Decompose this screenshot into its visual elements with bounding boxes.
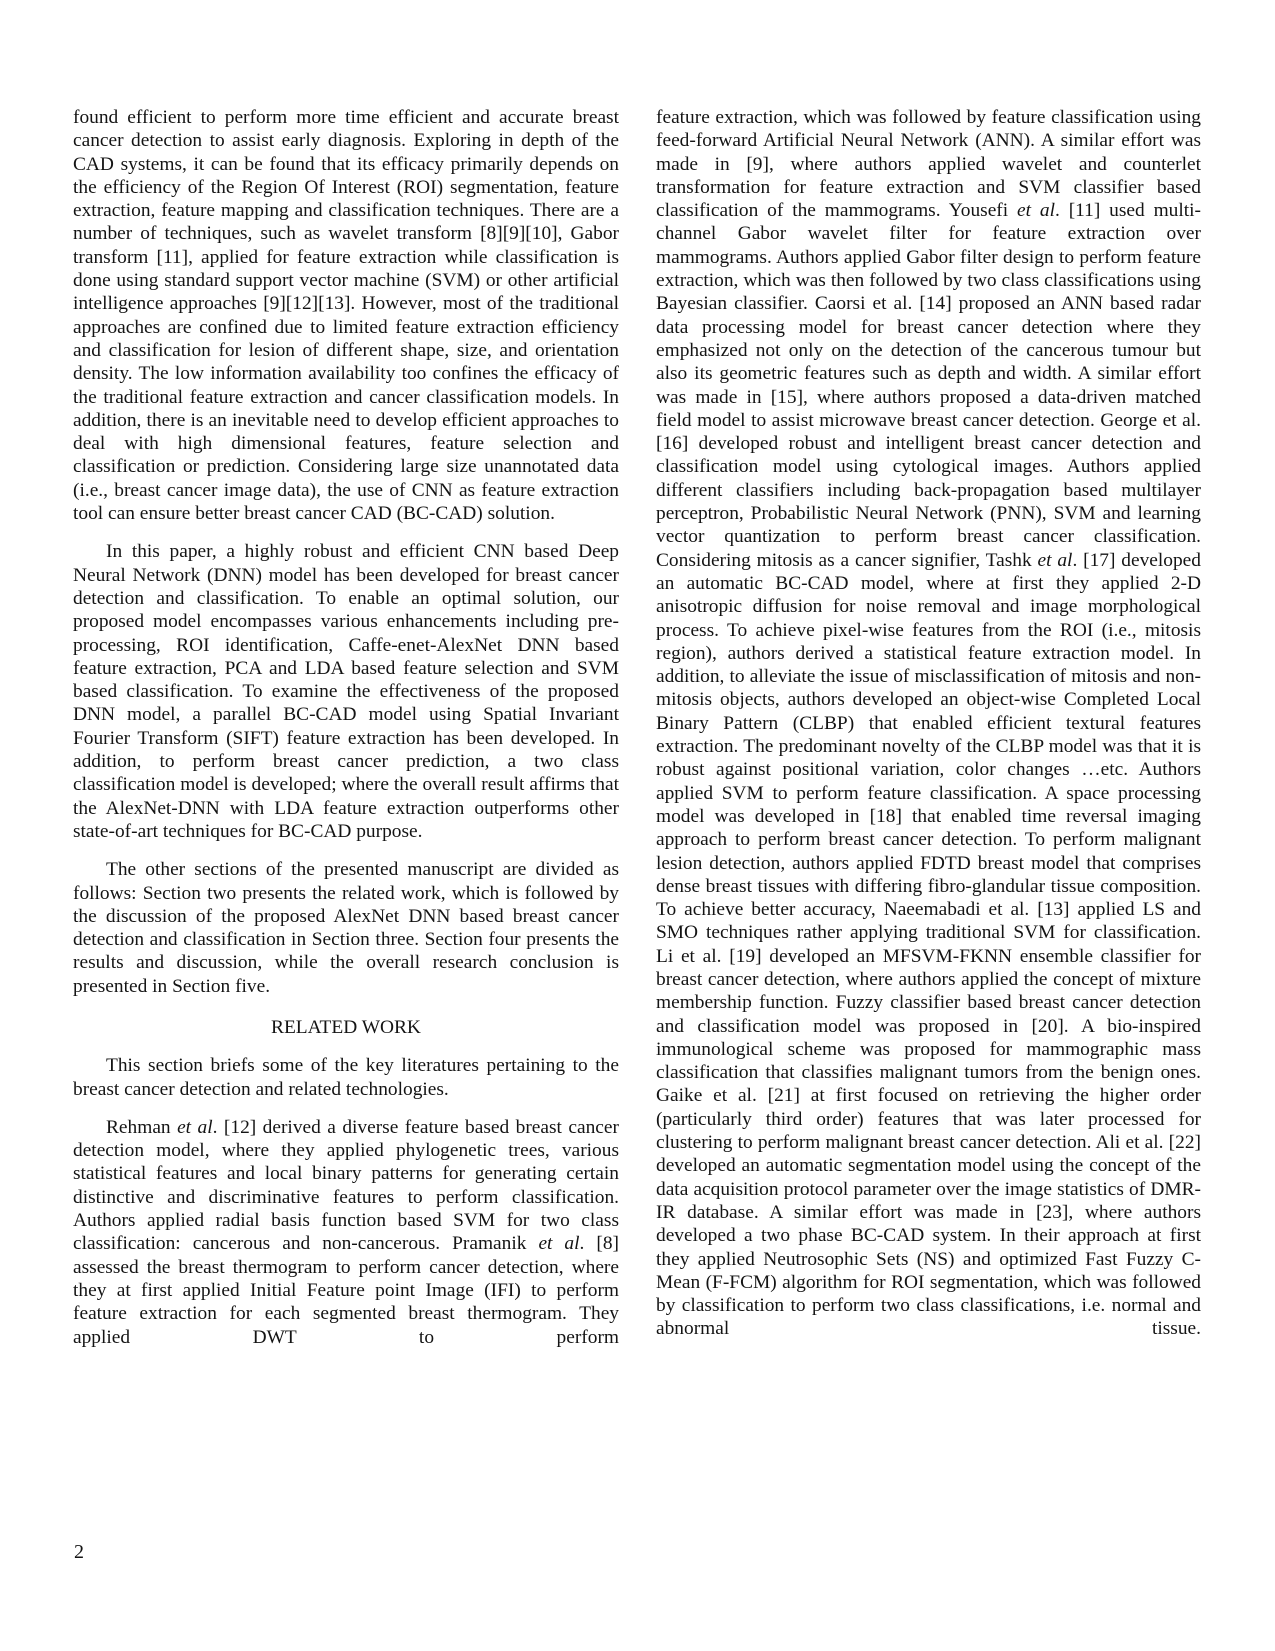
paragraph-related-work-continuation: feature extraction, which was followed b… <box>656 106 1201 1341</box>
text-run: . [11] used multi-channel Gabor wavelet … <box>656 200 1201 570</box>
paragraph-proposed-model: In this paper, a highly robust and effic… <box>73 540 619 843</box>
paper-page: found efficient to perform more time eff… <box>0 0 1275 1651</box>
text-run: Rehman <box>106 1117 177 1138</box>
paragraph-manuscript-outline: The other sections of the presented manu… <box>73 858 619 998</box>
text-run: In this paper, a highly robust and effic… <box>73 541 619 842</box>
left-column: found efficient to perform more time eff… <box>73 106 619 1349</box>
italic-text-run: et al <box>538 1233 579 1254</box>
paragraph-related-work-start: Rehman et al. [12] derived a diverse fea… <box>73 1116 619 1349</box>
text-run: This section briefs some of the key lite… <box>73 1055 619 1099</box>
text-run: found efficient to perform more time eff… <box>73 107 619 524</box>
italic-text-run: et al <box>1038 550 1073 571</box>
text-run: . [17] developed an automatic BC-CAD mod… <box>656 550 1201 1340</box>
italic-text-run: et al <box>1017 200 1055 221</box>
italic-text-run: et al <box>177 1117 213 1138</box>
section-heading: RELATED WORK <box>73 1016 619 1039</box>
text-run: The other sections of the presented manu… <box>73 859 619 996</box>
page-number: 2 <box>74 1540 84 1564</box>
paragraph-section-brief: This section briefs some of the key lite… <box>73 1054 619 1101</box>
right-column: feature extraction, which was followed b… <box>656 106 1201 1341</box>
paragraph-intro-continuation: found efficient to perform more time eff… <box>73 106 619 525</box>
